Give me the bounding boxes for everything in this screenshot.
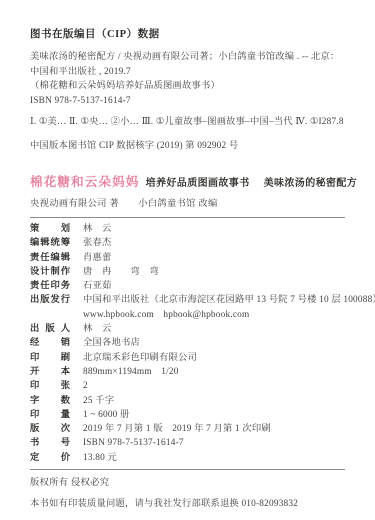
credit-row-publisher-web: www.hpbook.com hpbook@hpbook.com bbox=[30, 308, 345, 322]
credit-label: 开本 bbox=[30, 365, 70, 379]
authors-line: 央视动画有限公司 著 小白鸽童书馆 改编 bbox=[30, 197, 345, 211]
divider-bottom bbox=[30, 469, 345, 470]
credit-row-word-count: 字数25 千字 bbox=[30, 394, 345, 408]
credit-row-responsible-editor: 责任编辑肖惠蕾 bbox=[30, 251, 345, 265]
credit-label: 编辑统筹 bbox=[30, 236, 70, 250]
credit-label: 定价 bbox=[30, 451, 70, 465]
credit-row-format: 开本889mm×1194mm 1/20 bbox=[30, 365, 345, 379]
cip-block: 图书在版编目（CIP）数据 美味浓汤的秘密配方 / 央视动画有限公司著；小白鸽童… bbox=[30, 26, 345, 153]
credit-row-publisher-person: 出版人林 云 bbox=[30, 322, 345, 336]
credit-label: 经销 bbox=[30, 336, 70, 350]
publisher-website-email: www.hpbook.com hpbook@hpbook.com bbox=[83, 310, 249, 320]
credit-value: 肖惠蕾 bbox=[83, 253, 112, 263]
title-block: 棉花糖和云朵妈妈培养好品质图画故事书美味浓汤的秘密配方 bbox=[30, 172, 345, 191]
credit-value: 2 bbox=[83, 381, 88, 391]
copyright-page: 图书在版编目（CIP）数据 美味浓汤的秘密配方 / 央视动画有限公司著；小白鸽童… bbox=[0, 0, 375, 520]
credit-row-print-supervisor: 责任印务石亚茹 bbox=[30, 279, 345, 293]
credit-label: 印量 bbox=[30, 408, 70, 422]
credit-row-editorial-coordinator: 编辑统筹张春杰 bbox=[30, 236, 345, 250]
copyright-notice: 版权所有 侵权必究 bbox=[30, 476, 345, 490]
credit-value: 1 ~ 6000 册 bbox=[83, 410, 130, 420]
credit-label: 字数 bbox=[30, 394, 70, 408]
credit-value: 北京瑞禾彩色印刷有限公司 bbox=[83, 353, 197, 363]
credit-value: 全国各地书店 bbox=[83, 338, 140, 348]
credit-value: 张春杰 bbox=[83, 238, 112, 248]
credit-row-distribution: 经销全国各地书店 bbox=[30, 336, 345, 350]
credit-value: 25 千字 bbox=[83, 396, 114, 406]
cip-description-line: 中国和平出版社 , 2019.7 bbox=[30, 65, 345, 80]
credit-value: 中国和平出版社（北京市海淀区花园路甲 13 号院 7 号楼 10 层 10008… bbox=[83, 295, 375, 305]
cip-classification-line: Ⅰ. ①美… Ⅱ. ①央… ②小… Ⅲ. ①儿童故事–图画故事–中国–当代 Ⅳ.… bbox=[30, 115, 345, 130]
credit-row-sheets: 印张2 bbox=[30, 379, 345, 393]
credit-row-printing: 印刷北京瑞禾彩色印刷有限公司 bbox=[30, 351, 345, 365]
credit-row-isbn: 书号ISBN 978-7-5137-1614-7 bbox=[30, 436, 345, 450]
credit-value: ISBN 978-7-5137-1614-7 bbox=[83, 438, 184, 448]
divider-top bbox=[30, 217, 345, 218]
credit-value: 13.80 元 bbox=[83, 453, 117, 463]
quality-notice: 本书如有印装质量问题，请与我社发行部联系退换 010-82093832 bbox=[30, 497, 345, 511]
credit-label: 责任印务 bbox=[30, 279, 70, 293]
cip-isbn-line: ISBN 978-7-5137-1614-7 bbox=[30, 94, 345, 109]
series-title: 棉花糖和云朵妈妈 bbox=[30, 175, 140, 189]
credit-label: 版次 bbox=[30, 422, 70, 436]
imprint-table: 策划林 云 编辑统筹张春杰 责任编辑肖惠蕾 设计制作唐 冉 弯 弯 责任印务石亚… bbox=[30, 222, 345, 465]
credit-label: 策划 bbox=[30, 222, 70, 236]
credit-row-publisher: 出版发行中国和平出版社（北京市海淀区花园路甲 13 号院 7 号楼 10 层 1… bbox=[30, 293, 345, 307]
credit-value: 林 云 bbox=[83, 324, 112, 334]
book-title: 美味浓汤的秘密配方 bbox=[264, 178, 358, 189]
credit-label: 设计制作 bbox=[30, 265, 70, 279]
credit-value: 889mm×1194mm 1/20 bbox=[83, 367, 179, 377]
credit-label: 印张 bbox=[30, 379, 70, 393]
credit-label: 出版发行 bbox=[30, 293, 70, 307]
credit-row-print-run: 印量1 ~ 6000 册 bbox=[30, 408, 345, 422]
credit-row-design: 设计制作唐 冉 弯 弯 bbox=[30, 265, 345, 279]
credit-value: 石亚茹 bbox=[83, 281, 112, 291]
credit-value: 唐 冉 弯 弯 bbox=[83, 267, 159, 277]
credit-label: 出版人 bbox=[30, 322, 70, 336]
credit-row-price: 定价13.80 元 bbox=[30, 451, 345, 465]
credit-row-planner: 策划林 云 bbox=[30, 222, 345, 236]
book-subtitle: 培养好品质图画故事书 bbox=[146, 178, 250, 189]
credit-label: 印刷 bbox=[30, 351, 70, 365]
cip-series-line: （棉花糖和云朵妈妈培养好品质图画故事书） bbox=[30, 79, 345, 94]
cip-record-number: 中国版本图书馆 CIP 数据核字 (2019) 第 092902 号 bbox=[30, 139, 345, 154]
cip-heading: 图书在版编目（CIP）数据 bbox=[30, 26, 345, 41]
credit-row-edition: 版次2019 年 7 月第 1 版 2019 年 7 月第 1 次印刷 bbox=[30, 422, 345, 436]
credit-value: 2019 年 7 月第 1 版 2019 年 7 月第 1 次印刷 bbox=[83, 424, 271, 434]
credit-label: 书号 bbox=[30, 436, 70, 450]
credit-label: 责任编辑 bbox=[30, 251, 70, 265]
credit-value: 林 云 bbox=[83, 224, 112, 234]
cip-description-line: 美味浓汤的秘密配方 / 央视动画有限公司著；小白鸽童书馆改编 . -- 北京： bbox=[30, 50, 345, 65]
